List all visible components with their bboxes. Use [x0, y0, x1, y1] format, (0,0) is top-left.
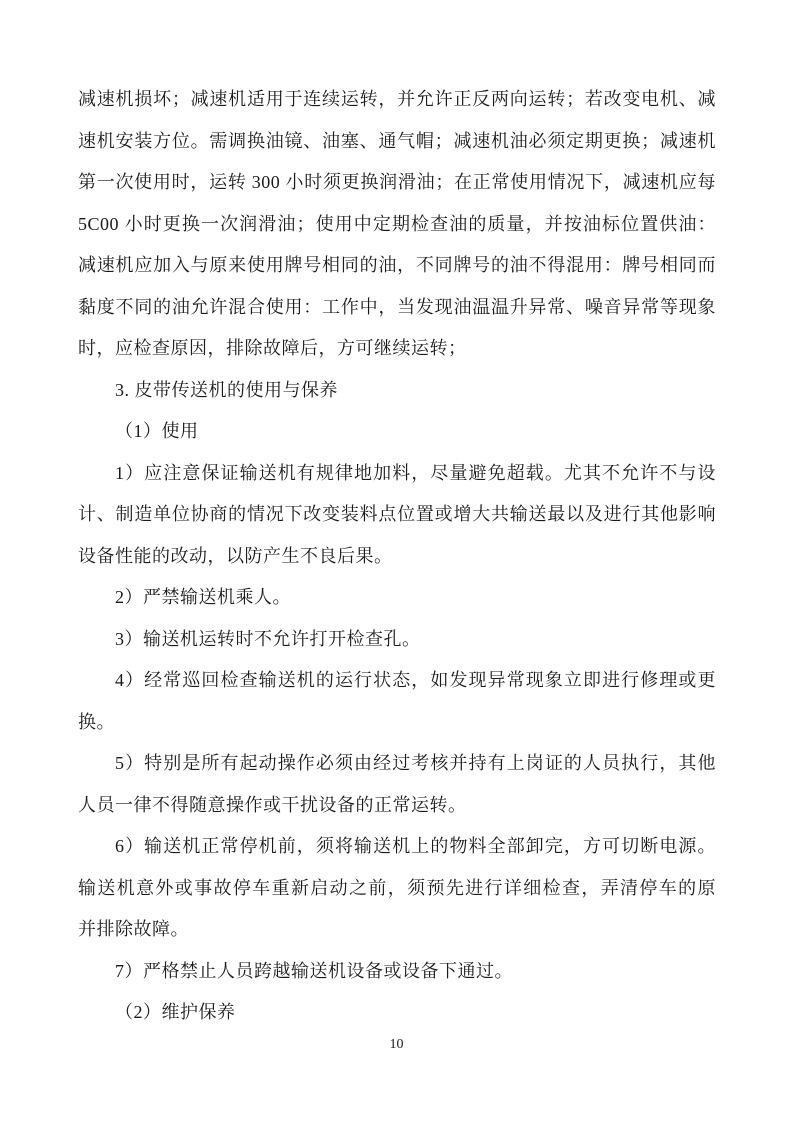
- text-line: 计、制造单位协商的情况下改变装料点位置或增大共输送最以及进行其他影响: [78, 494, 716, 536]
- page-number: 10: [0, 1034, 793, 1056]
- text-line: 第一次使用时，运转 300 小时须更换润滑油；在正常使用情况下，减速机应每: [78, 162, 716, 204]
- text-line: 人员一律不得随意操作或干扰设备的正常运转。: [78, 785, 716, 827]
- text-line: 4）经常巡回检查输送机的运行状态，如发现异常现象立即进行修理或更: [78, 660, 716, 702]
- text-line: 1）应注意保证输送机有规律地加料，尽量避免超载。尤其不允许不与设: [78, 453, 716, 495]
- document-page: 减速机损坏；减速机适用于连续运转，并允许正反两向运转；若改变电机、减速机安装方位…: [0, 0, 793, 1122]
- text-line: 输送机意外或事故停车重新启动之前，须预先进行详细检查，弄清停车的原因，: [78, 868, 716, 910]
- text-line: 减速机损坏；减速机适用于连续运转，并允许正反两向运转；若改变电机、减: [78, 79, 716, 121]
- text-line: （1）使用: [78, 411, 716, 453]
- document-text-block: 减速机损坏；减速机适用于连续运转，并允许正反两向运转；若改变电机、减速机安装方位…: [78, 79, 716, 1034]
- text-line: 6）输送机正常停机前，须将输送机上的物料全部卸完，方可切断电源。: [78, 826, 716, 868]
- text-line: 速机安装方位。需调换油镜、油塞、通气帽；减速机油必须定期更换；减速机: [78, 121, 716, 163]
- text-line: 时，应检查原因，排除故障后，方可继续运转；: [78, 328, 716, 370]
- text-line: 5）特别是所有起动操作必须由经过考核并持有上岗证的人员执行，其他: [78, 743, 716, 785]
- text-line: 2）严禁输送机乘人。: [78, 577, 716, 619]
- text-line: 减速机应加入与原来使用牌号相同的油，不同牌号的油不得混用：牌号相同而: [78, 245, 716, 287]
- text-line: 设备性能的改动，以防产生不良后果。: [78, 536, 716, 578]
- text-line: 5C00 小时更换一次润滑油；使用中定期检查油的质量，并按油标位置供油：: [78, 204, 716, 246]
- text-line: （2）维护保养: [78, 992, 716, 1034]
- text-line: 黏度不同的油允许混合使用：工作中，当发现油温温升异常、噪音异常等现象: [78, 287, 716, 329]
- text-line: 换。: [78, 702, 716, 744]
- text-line: 3）输送机运转时不允许打开检查孔。: [78, 619, 716, 661]
- text-line: 3. 皮带传送机的使用与保养: [78, 370, 716, 412]
- text-line: 7）严格禁止人员跨越输送机设备或设备下通过。: [78, 951, 716, 993]
- text-line: 并排除故障。: [78, 909, 716, 951]
